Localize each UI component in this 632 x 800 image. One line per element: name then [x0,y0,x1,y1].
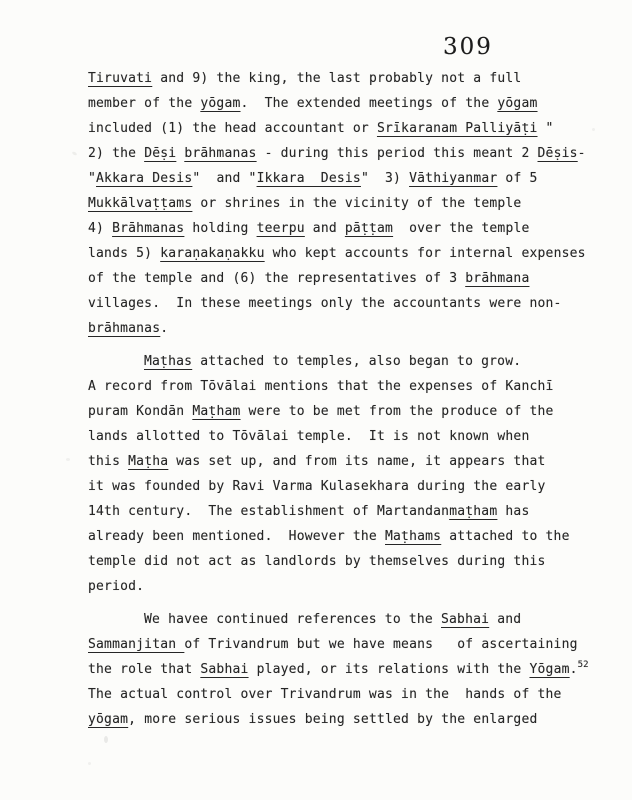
page-body: Tiruvati and 9) the king, the last proba… [88,66,592,732]
text-segment: of Trivandrum but we have means of ascer… [184,637,577,652]
underlined-term: Mukkālvaṭṭams [88,196,192,211]
text-segment: A record from Tōvālai mentions that the … [88,379,554,394]
text-line: puram Kondān Maṭham were to be met from … [88,399,592,424]
text-line: period. [88,574,592,599]
scan-artifact [88,762,91,765]
text-segment: of the temple and (6) the representative… [88,271,465,286]
text-segment: lands allotted to Tōvālai temple. It is … [88,429,529,444]
text-line: member of the yōgam. The extended meetin… [88,91,592,116]
text-segment: and [305,221,345,236]
text-segment: it was founded by Ravi Varma Kulasekhara… [88,479,546,494]
text-line: this Maṭha was set up, and from its name… [88,449,592,474]
scan-artifact [66,458,70,461]
underlined-term: Srīkaranam Palliyāṭi [377,121,538,136]
text-segment: The actual control over Trivandrum was i… [88,687,562,702]
text-line: 14th century. The establishment of Marta… [88,499,592,524]
underlined-term: yōgam [88,712,128,727]
underlined-term: Yōgam [529,662,569,677]
text-line: yōgam, more serious issues being settled… [88,707,592,732]
text-segment: - [578,146,586,161]
underlined-term: karaṇakaṇakku [160,246,264,261]
underlined-term: Vāthiyanmar [409,171,497,186]
underlined-term: teerpu [257,221,305,236]
text-segment: attached to the [441,529,569,544]
text-segment: We havee continued references to the [144,612,441,627]
text-segment: played, or its relations with the [249,662,530,677]
text-segment: 14th century. The establishment of Marta… [88,504,449,519]
text-line: 2) the Dēṣi brāhmanas - during this peri… [88,141,592,166]
text-segment: puram Kondān [88,404,192,419]
underlined-term: Akkara Desis [96,171,192,186]
scan-artifact [104,736,108,743]
text-segment: , more serious issues being settled by t… [128,712,537,727]
text-segment: holding [184,221,256,236]
underlined-term: Dēṣis [538,146,578,161]
underlined-term: Ikkara Desis [257,171,361,186]
scan-artifact [592,128,595,131]
text-segment: was set up, and from its name, it appear… [168,454,545,469]
text-line: The actual control over Trivandrum was i… [88,682,592,707]
text-line: of the temple and (6) the representative… [88,266,592,291]
text-line: the role that Sabhai played, or its rela… [88,657,592,682]
text-segment: 4) [88,221,112,236]
text-line: Tiruvati and 9) the king, the last proba… [88,66,592,91]
scan-artifact [72,151,78,156]
text-segment: attached to temples, also began to grow. [192,354,521,369]
underlined-term: Sammanjitan [88,637,184,652]
underlined-term: Tiruvati [88,71,152,86]
paragraph: Tiruvati and 9) the king, the last proba… [88,66,592,341]
text-line: brāhmanas. [88,316,592,341]
text-segment: . [570,662,578,677]
text-segment: the role that [88,662,200,677]
text-line: lands 5) karaṇakaṇakku who kept accounts… [88,241,592,266]
text-segment: who kept accounts for internal expenses [265,246,586,261]
underlined-term: Dēṣi [144,146,176,161]
text-segment: and [489,612,521,627]
text-segment: . The extended meetings of the [241,96,498,111]
text-segment: " [88,171,96,186]
text-segment: " [538,121,554,136]
text-line: Maṭhas attached to temples, also began t… [88,349,592,374]
text-segment: temple did not act as landlords by thems… [88,554,546,569]
text-line: lands allotted to Tōvālai temple. It is … [88,424,592,449]
text-line: Mukkālvaṭṭams or shrines in the vicinity… [88,191,592,216]
text-segment: - during this period this meant 2 [257,146,538,161]
text-segment: of 5 [497,171,537,186]
underlined-term: Maṭham [192,404,240,419]
underlined-term: Maṭha [128,454,168,469]
text-segment: member of the [88,96,200,111]
text-segment: 2) the [88,146,144,161]
text-line: A record from Tōvālai mentions that the … [88,374,592,399]
underlined-term: Sabhai [200,662,248,677]
text-segment: included (1) the head accountant or [88,121,377,136]
underlined-term: pāṭṭam [345,221,393,236]
underlined-term: brāhmanas [184,146,256,161]
underlined-term: Sabhai [441,612,489,627]
text-line: already been mentioned. However the Maṭh… [88,524,592,549]
text-line: "Akkara Desis" and "Ikkara Desis" 3) Vāt… [88,166,592,191]
text-segment: were to be met from the produce of the [241,404,554,419]
text-segment: or shrines in the vicinity of the temple [192,196,521,211]
text-line: it was founded by Ravi Varma Kulasekhara… [88,474,592,499]
text-segment: " and " [192,171,256,186]
text-line: temple did not act as landlords by thems… [88,549,592,574]
text-segment: " 3) [361,171,409,186]
scanned-page: 309 Tiruvati and 9) the king, the last p… [0,0,632,800]
underlined-term: Maṭhas [144,354,192,369]
underlined-term: maṭham [449,504,497,519]
paragraph: Maṭhas attached to temples, also began t… [88,349,592,599]
text-segment: and 9) the king, the last probably not a… [152,71,521,86]
page-number: 309 [443,34,493,60]
text-line: Sammanjitan of Trivandrum but we have me… [88,632,592,657]
text-line: 4) Brāhmanas holding teerpu and pāṭṭam o… [88,216,592,241]
underlined-term: brāhmana [465,271,529,286]
text-line: included (1) the head accountant or Srīk… [88,116,592,141]
text-segment: period. [88,579,144,594]
text-segment: this [88,454,128,469]
underlined-term: Brāhmanas [112,221,184,236]
text-segment: villages. In these meetings only the acc… [88,296,562,311]
text-line: We havee continued references to the Sab… [88,607,592,632]
text-line: villages. In these meetings only the acc… [88,291,592,316]
text-segment: already been mentioned. However the [88,529,385,544]
underlined-term: yōgam [497,96,537,111]
underlined-term: yōgam [200,96,240,111]
text-segment: has [497,504,529,519]
text-segment: . [160,321,168,336]
underlined-term: brāhmanas [88,321,160,336]
footnote-ref: 52 [578,660,589,670]
text-segment: lands 5) [88,246,160,261]
underlined-term: Maṭhams [385,529,441,544]
text-segment: over the temple [393,221,529,236]
paragraph: We havee continued references to the Sab… [88,607,592,732]
